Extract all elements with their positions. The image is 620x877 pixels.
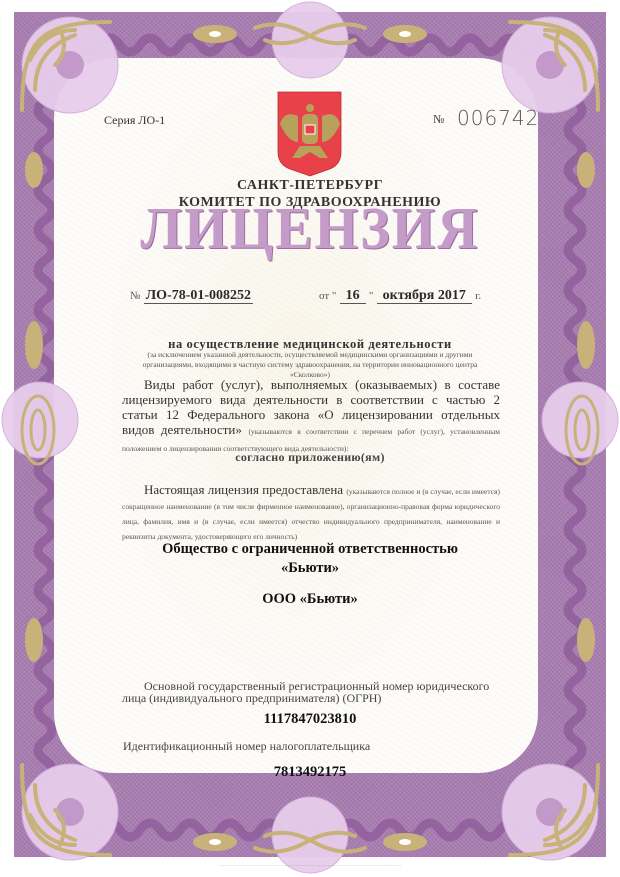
ogrn-label: Основной государственный регистрационный… bbox=[122, 680, 512, 704]
ogrn-value: 1117847023810 bbox=[0, 711, 620, 728]
organization-full-name-line1: Общество с ограниченной ответственностью bbox=[0, 540, 620, 559]
date-day: 16 bbox=[340, 288, 366, 304]
works-value: согласно приложению(ям) bbox=[0, 450, 620, 465]
activity-note: (за исключением указанной деятельности, … bbox=[122, 350, 498, 380]
date-suffix: г. bbox=[475, 290, 481, 302]
inn-value: 7813492175 bbox=[0, 764, 620, 781]
license-number: ЛО-78-01-008252 bbox=[144, 288, 253, 304]
printer-footer: ........................................… bbox=[0, 862, 620, 867]
inn-label: Идентификационный номер налогоплательщик… bbox=[123, 739, 370, 754]
document-title: ЛИЦЕНЗИЯ bbox=[0, 195, 620, 262]
date-prefix: от " bbox=[319, 290, 336, 302]
date-day-close: " bbox=[369, 290, 374, 302]
blank-number-label: № bbox=[433, 112, 444, 127]
organization-full-name-line2: «Бьюти» bbox=[0, 559, 620, 578]
granted-text: Настоящая лицензия предоставлена bbox=[144, 482, 343, 497]
organization-short-name: ООО «Бьюти» bbox=[0, 591, 620, 608]
granted-paragraph: Настоящая лицензия предоставлена (указыв… bbox=[122, 483, 500, 543]
series-label: Серия ЛО-1 bbox=[104, 113, 165, 128]
license-number-line: № ЛО-78-01-008252 bbox=[130, 287, 253, 304]
date-month-year: октября 2017 bbox=[377, 288, 472, 304]
license-date-line: от " 16 " октября 2017 г. bbox=[319, 287, 481, 304]
issuer-city: САНКТ-ПЕТЕРБУРГ bbox=[0, 178, 620, 194]
organization-full-name: Общество с ограниченной ответственностью… bbox=[0, 540, 620, 578]
license-number-label: № bbox=[130, 290, 141, 302]
blank-number: 006742 bbox=[457, 106, 539, 130]
works-paragraph: Виды работ (услуг), выполняемых (оказыва… bbox=[122, 377, 500, 456]
